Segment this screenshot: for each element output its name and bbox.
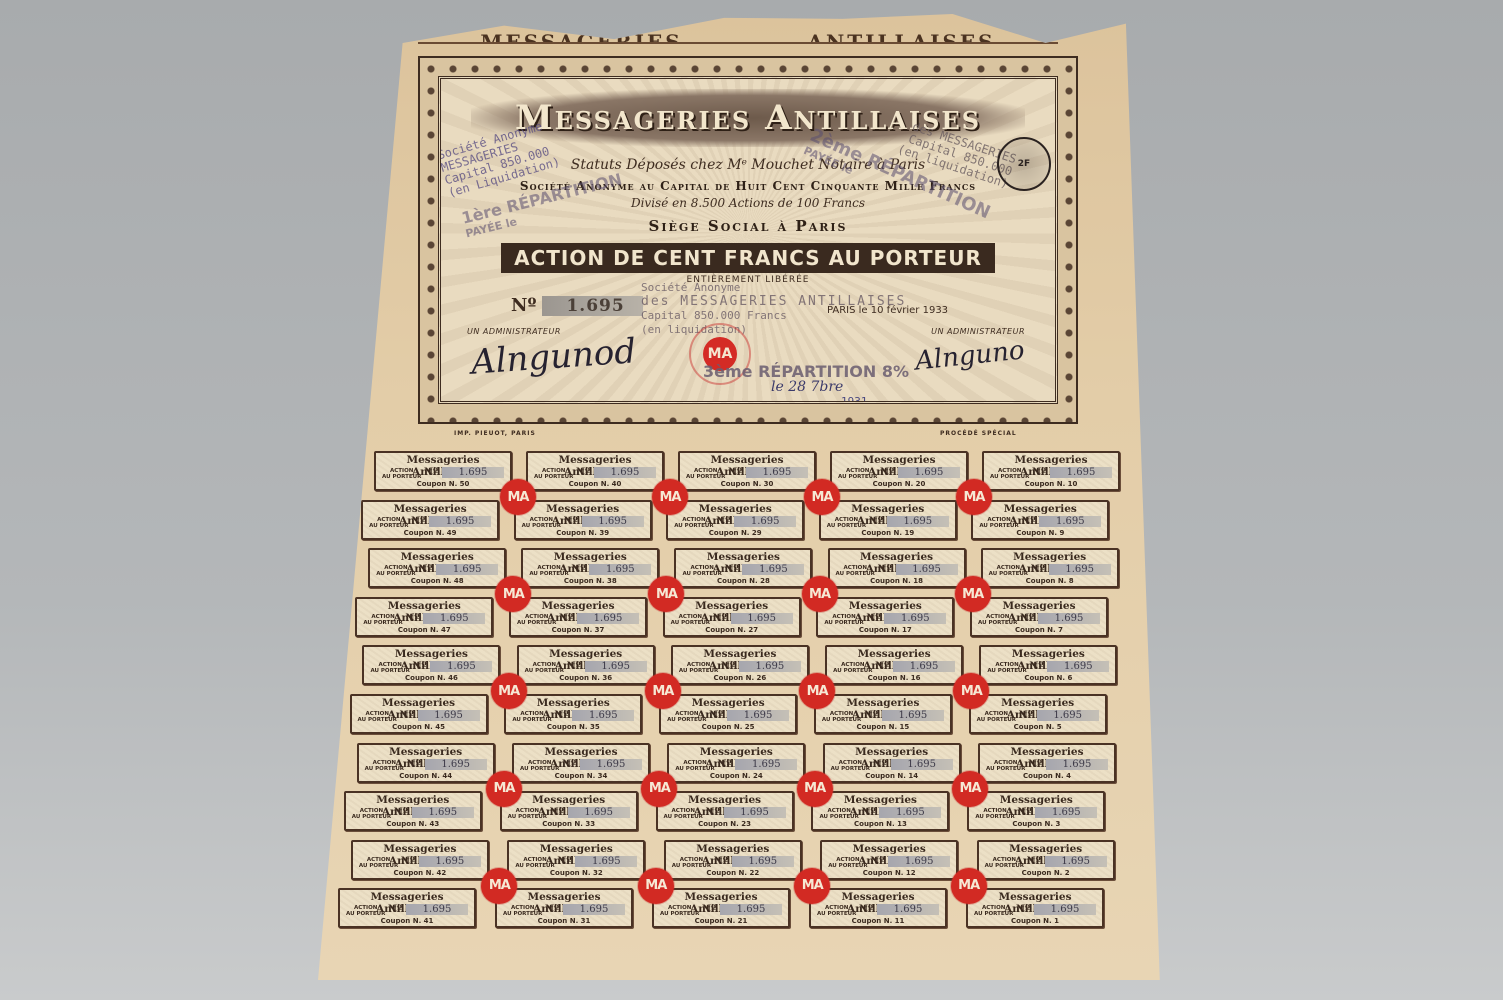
- coupon-action-label: ACTIONAU PORTEUR: [827, 517, 866, 529]
- coupon-share-number: 1.695: [896, 564, 958, 575]
- coupon-share-number: 1.695: [732, 856, 794, 867]
- coupon: Messageries AntillaisesACTIONAU PORTEURN…: [495, 888, 633, 928]
- coupon-share-number: 1.695: [746, 467, 808, 478]
- coupon-action-label: ACTIONAU PORTEUR: [664, 808, 703, 820]
- coupon-share-number: 1.695: [879, 807, 941, 818]
- coupon-share-number: 1.695: [898, 467, 960, 478]
- coupon-share-number: 1.695: [429, 516, 491, 527]
- coupon-share-number: 1.695: [891, 759, 953, 770]
- number-value: 1.695: [542, 296, 642, 316]
- coupon-no-label: Nº: [554, 710, 568, 721]
- coupon-share-number: 1.695: [412, 807, 474, 818]
- coupon: Messageries AntillaisesACTIONAU PORTEURN…: [344, 791, 482, 831]
- coupon-share-number: 1.695: [888, 856, 950, 867]
- coupon: Messageries AntillaisesACTIONAU PORTEURN…: [667, 743, 805, 783]
- coupon-number: Coupon N. 20: [832, 480, 966, 488]
- coupon-action-label: ACTIONAU PORTEUR: [358, 711, 397, 723]
- coupon-share-number: 1.695: [1037, 710, 1099, 721]
- coupon-action-label: ACTIONAU PORTEUR: [522, 517, 561, 529]
- coupon-share-number: 1.695: [724, 807, 786, 818]
- stamp-line: Société Anonyme: [641, 281, 906, 295]
- coupon-number: Coupon N. 29: [668, 529, 802, 537]
- coupon: Messageries AntillaisesACTIONAU PORTEURN…: [338, 888, 476, 928]
- coupon-number: Coupon N. 11: [811, 917, 945, 925]
- coupon: Messageries AntillaisesACTIONAU PORTEURN…: [361, 500, 499, 540]
- action-banner: ACTION DE CENT FRANCS AU PORTEUR: [501, 243, 995, 273]
- coupon-number: Coupon N. 28: [676, 577, 810, 585]
- signature-right: Alnguno: [914, 335, 1026, 376]
- coupon-action-label: ACTIONAU PORTEUR: [352, 808, 391, 820]
- coupon-action-label: ACTIONAU PORTEUR: [674, 517, 713, 529]
- coupon: Messageries AntillaisesACTIONAU PORTEURN…: [811, 791, 949, 831]
- coupon: Messageries AntillaisesACTIONAU PORTEURN…: [355, 597, 493, 637]
- coupon-number: Coupon N. 48: [370, 577, 504, 585]
- top-strip-rule: [418, 42, 1058, 44]
- coupon-no-label: Nº: [412, 661, 426, 672]
- coupon-action-label: ACTIONAU PORTEUR: [376, 565, 415, 577]
- coupon-share-number: 1.695: [731, 613, 793, 624]
- coupon-no-label: Nº: [1017, 807, 1031, 818]
- coupon-action-label: ACTIONAU PORTEUR: [672, 857, 711, 869]
- coupon: Messageries AntillaisesACTIONAU PORTEURN…: [362, 645, 500, 685]
- coupon-share-number: 1.695: [1047, 661, 1109, 672]
- coupon: Messageries AntillaisesACTIONAU PORTEURN…: [825, 645, 963, 685]
- coupon: Messageries AntillaisesACTIONAU PORTEURN…: [823, 743, 961, 783]
- coupon-no-label: Nº: [866, 613, 880, 624]
- stamped-year: 1931: [841, 395, 868, 404]
- coupon-no-label: Nº: [870, 856, 884, 867]
- coupon: Messageries AntillaisesACTIONAU PORTEURN…: [514, 500, 652, 540]
- coupon-share-number: 1.695: [577, 613, 639, 624]
- coupon-action-label: ACTIONAU PORTEUR: [525, 662, 564, 674]
- coupon-no-label: Nº: [1031, 564, 1045, 575]
- coupon: Messageries AntillaisesACTIONAU PORTEURN…: [504, 694, 642, 734]
- tax-stamp-value: 2F: [1018, 159, 1030, 169]
- coupon: Messageries AntillaisesACTIONAU PORTEURN…: [652, 888, 790, 928]
- coupon: Messageries AntillaisesACTIONAU PORTEURN…: [967, 791, 1105, 831]
- coupon-number: Coupon N. 15: [816, 723, 950, 731]
- coupon-share-number: 1.695: [1049, 564, 1111, 575]
- coupon-no-label: Nº: [1029, 661, 1043, 672]
- coupon-share-number: 1.695: [1035, 807, 1097, 818]
- coupon-number: Coupon N. 43: [346, 820, 480, 828]
- coupon: Messageries AntillaisesACTIONAU PORTEURN…: [819, 500, 957, 540]
- coupon-action-label: ACTIONAU PORTEUR: [977, 711, 1016, 723]
- coupon-action-label: ACTIONAU PORTEUR: [675, 760, 714, 772]
- coupon-no-label: Nº: [728, 467, 742, 478]
- coupon-action-label: ACTIONAU PORTEUR: [978, 614, 1017, 626]
- coupon-number: Coupon N. 6: [981, 674, 1115, 682]
- coupon-number: Coupon N. 13: [813, 820, 947, 828]
- coupon-no-label: Nº: [418, 564, 432, 575]
- coupon-share-number: 1.695: [877, 904, 939, 915]
- coupon-share-number: 1.695: [436, 564, 498, 575]
- coupon: Messageries AntillaisesACTIONAU PORTEURN…: [368, 548, 506, 588]
- coupon-share-number: 1.695: [442, 467, 504, 478]
- coupon-action-label: ACTIONAU PORTEUR: [512, 711, 551, 723]
- coupon: Messageries AntillaisesACTIONAU PORTEURN…: [969, 694, 1107, 734]
- coupon-no-label: Nº: [559, 613, 573, 624]
- coupon-share-number: 1.695: [1050, 467, 1112, 478]
- paris-date: PARIS le 10 février 1933: [827, 305, 948, 316]
- coupon: Messageries AntillaisesACTIONAU PORTEURN…: [663, 597, 801, 637]
- coupon-number: Coupon N. 35: [506, 723, 640, 731]
- coupon-no-label: Nº: [864, 710, 878, 721]
- coupon-share-number: 1.695: [423, 613, 485, 624]
- coupon: Messageries AntillaisesACTIONAU PORTEURN…: [512, 743, 650, 783]
- coupon-action-label: ACTIONAU PORTEUR: [819, 808, 858, 820]
- coupon: Messageries AntillaisesACTIONAU PORTEURN…: [809, 888, 947, 928]
- coupon-no-label: Nº: [562, 759, 576, 770]
- coupon-no-label: Nº: [550, 807, 564, 818]
- coupon-no-label: Nº: [405, 613, 419, 624]
- coupon: Messageries AntillaisesACTIONAU PORTEURN…: [814, 694, 952, 734]
- coupon-no-label: Nº: [875, 661, 889, 672]
- coupon-no-label: Nº: [1032, 467, 1046, 478]
- coupon-share-number: 1.695: [406, 904, 468, 915]
- coupon-number: Coupon N. 8: [983, 577, 1117, 585]
- coupon-share-number: 1.695: [1045, 856, 1107, 867]
- coupon-share-number: 1.695: [580, 759, 642, 770]
- coupon-no-label: Nº: [873, 759, 887, 770]
- coupon: Messageries AntillaisesACTIONAU PORTEURN…: [830, 451, 968, 491]
- coupon-share-number: 1.695: [585, 661, 647, 672]
- coupon: Messageries AntillaisesACTIONAU PORTEURN…: [674, 548, 812, 588]
- coupon-no-label: Nº: [1016, 904, 1030, 915]
- coupon-number: Coupon N. 46: [364, 674, 498, 682]
- coupon-no-label: Nº: [1027, 856, 1041, 867]
- coupon-no-label: Nº: [567, 661, 581, 672]
- coupon-number: Coupon N. 9: [973, 529, 1107, 537]
- coupon-no-label: Nº: [859, 904, 873, 915]
- coupon-share-number: 1.695: [882, 710, 944, 721]
- coupon-action-label: ACTIONAU PORTEUR: [529, 565, 568, 577]
- coupon-share-number: 1.695: [1038, 613, 1100, 624]
- coupon-action-label: ACTIONAU PORTEUR: [833, 662, 872, 674]
- coupon: Messageries AntillaisesACTIONAU PORTEURN…: [970, 597, 1108, 637]
- coupon-number: Coupon N. 31: [497, 917, 631, 925]
- coupon-no-label: Nº: [411, 516, 425, 527]
- coupon-share-number: 1.695: [1046, 759, 1108, 770]
- coupon-no-label: Nº: [709, 710, 723, 721]
- coupon-no-label: Nº: [702, 904, 716, 915]
- coupon-share-number: 1.695: [575, 856, 637, 867]
- coupon: Messageries AntillaisesACTIONAU PORTEURN…: [971, 500, 1109, 540]
- coupon: Messageries AntillaisesACTIONAU PORTEURN…: [982, 451, 1120, 491]
- coupon: Messageries AntillaisesACTIONAU PORTEURN…: [656, 791, 794, 831]
- coupon-no-label: Nº: [571, 564, 585, 575]
- coupon-action-label: ACTIONAU PORTEUR: [667, 711, 706, 723]
- coupon-share-number: 1.695: [572, 710, 634, 721]
- coupon-share-number: 1.695: [582, 516, 644, 527]
- coupon: Messageries AntillaisesACTIONAU PORTEURN…: [966, 888, 1104, 928]
- coupon-number: Coupon N. 27: [665, 626, 799, 634]
- coupon-number: Coupon N. 14: [825, 772, 959, 780]
- coupon-share-number: 1.695: [419, 856, 481, 867]
- tax-stamp-icon: 2F: [997, 137, 1051, 191]
- coupon-no-label: Nº: [424, 467, 438, 478]
- coupon-number: Coupon N. 1: [968, 917, 1102, 925]
- coupon-action-label: ACTIONAU PORTEUR: [660, 905, 699, 917]
- coupon-number: Coupon N. 38: [523, 577, 657, 585]
- coupon-number: Coupon N. 39: [516, 529, 650, 537]
- coupon-number: Coupon N. 19: [821, 529, 955, 537]
- coupon-share-number: 1.695: [430, 661, 492, 672]
- coupon-action-label: ACTIONAU PORTEUR: [370, 662, 409, 674]
- coupon-no-label: Nº: [880, 467, 894, 478]
- coupon-number: Coupon N. 41: [340, 917, 474, 925]
- coupon-action-label: ACTIONAU PORTEUR: [822, 711, 861, 723]
- coupon-no-label: Nº: [724, 564, 738, 575]
- coupon-share-number: 1.695: [425, 759, 487, 770]
- coupon-action-label: ACTIONAU PORTEUR: [365, 760, 404, 772]
- coupon-action-label: ACTIONAU PORTEUR: [517, 614, 556, 626]
- admin-label-right: UN ADMINISTRATEUR: [931, 327, 1025, 336]
- coupon-action-label: ACTIONAU PORTEUR: [503, 905, 542, 917]
- coupon: Messageries AntillaisesACTIONAU PORTEURN…: [977, 840, 1115, 880]
- coupon-number: Coupon N. 25: [661, 723, 795, 731]
- coupon: Messageries AntillaisesACTIONAU PORTEURN…: [978, 743, 1116, 783]
- coupon: Messageries AntillaisesACTIONAU PORTEURN…: [374, 451, 512, 491]
- coupon-action-label: ACTIONAU PORTEUR: [369, 517, 408, 529]
- coupon-number: Coupon N. 36: [519, 674, 653, 682]
- coupon-no-label: Nº: [1028, 759, 1042, 770]
- coupon-action-label: ACTIONAU PORTEUR: [515, 857, 554, 869]
- coupon-share-number: 1.695: [1034, 904, 1096, 915]
- number-label: Nº: [511, 295, 536, 316]
- coupon-share-number: 1.695: [568, 807, 630, 818]
- coupon-number: Coupon N. 49: [363, 529, 497, 537]
- coupon-action-label: ACTIONAU PORTEUR: [989, 565, 1028, 577]
- coupon-no-label: Nº: [721, 661, 735, 672]
- coupon-action-label: ACTIONAU PORTEUR: [838, 468, 877, 480]
- coupon-share-number: 1.695: [893, 661, 955, 672]
- coupon-action-label: ACTIONAU PORTEUR: [987, 662, 1026, 674]
- coupon-number: Coupon N. 17: [818, 626, 952, 634]
- coupon: Messageries AntillaisesACTIONAU PORTEURN…: [350, 694, 488, 734]
- coupon-no-label: Nº: [714, 856, 728, 867]
- coupon-number: Coupon N. 16: [827, 674, 961, 682]
- coupon-number: Coupon N. 10: [984, 480, 1118, 488]
- coupon: Messageries AntillaisesACTIONAU PORTEURN…: [979, 645, 1117, 685]
- coupon-number: Coupon N. 42: [353, 869, 487, 877]
- coupon-number: Coupon N. 22: [666, 869, 800, 877]
- coupon-share-number: 1.695: [418, 710, 480, 721]
- coupon-action-label: ACTIONAU PORTEUR: [346, 905, 385, 917]
- coupon: Messageries AntillaisesACTIONAU PORTEURN…: [517, 645, 655, 685]
- coupon-action-label: ACTIONAU PORTEUR: [817, 905, 856, 917]
- coupon-action-label: ACTIONAU PORTEUR: [686, 468, 725, 480]
- coupon: Messageries AntillaisesACTIONAU PORTEURN…: [507, 840, 645, 880]
- coupon-number: Coupon N. 32: [509, 869, 643, 877]
- handwritten-date: le 28 7bre: [771, 379, 843, 395]
- coupon-number: Coupon N. 3: [969, 820, 1103, 828]
- coupon-number: Coupon N. 50: [376, 480, 510, 488]
- coupon: Messageries AntillaisesACTIONAU PORTEURN…: [678, 451, 816, 491]
- coupon: Messageries AntillaisesACTIONAU PORTEURN…: [351, 840, 489, 880]
- coupon: Messageries AntillaisesACTIONAU PORTEURN…: [659, 694, 797, 734]
- coupon-number: Coupon N. 12: [822, 869, 956, 877]
- coupon-share-number: 1.695: [735, 759, 797, 770]
- printer-imprint: IMP. PIEUOT, PARIS: [454, 430, 536, 437]
- certificate-number: Nº 1.695: [511, 295, 643, 316]
- coupon-number: Coupon N. 24: [669, 772, 803, 780]
- coupon-action-label: ACTIONAU PORTEUR: [520, 760, 559, 772]
- coupon-no-label: Nº: [545, 904, 559, 915]
- coupon-no-label: Nº: [1021, 516, 1035, 527]
- coupon-no-label: Nº: [576, 467, 590, 478]
- ornamental-frame: Messageries Antillaises Statuts Déposés …: [418, 56, 1078, 424]
- coupon-number: Coupon N. 37: [511, 626, 645, 634]
- coupon-number: Coupon N. 30: [680, 480, 814, 488]
- coupon-no-label: Nº: [564, 516, 578, 527]
- coupon-action-label: ACTIONAU PORTEUR: [831, 760, 870, 772]
- share-certificate: MESSAGERIES ANTILLAISES Messageries Anti…: [318, 14, 1164, 980]
- admin-label-left: UN ADMINISTRATEUR: [467, 327, 561, 336]
- coupon-action-label: ACTIONAU PORTEUR: [824, 614, 863, 626]
- coupon-number: Coupon N. 26: [673, 674, 807, 682]
- coupon: Messageries AntillaisesACTIONAU PORTEURN…: [671, 645, 809, 685]
- coupon: Messageries AntillaisesACTIONAU PORTEURN…: [828, 548, 966, 588]
- coupon-number: Coupon N. 33: [502, 820, 636, 828]
- coupon-share-number: 1.695: [589, 564, 651, 575]
- coupon-number: Coupon N. 18: [830, 577, 964, 585]
- coupon-number: Coupon N. 7: [972, 626, 1106, 634]
- coupon-number: Coupon N. 23: [658, 820, 792, 828]
- coupon-number: Coupon N. 40: [528, 480, 662, 488]
- coupon-number: Coupon N. 34: [514, 772, 648, 780]
- coupon-number: Coupon N. 4: [980, 772, 1114, 780]
- coupon-action-label: ACTIONAU PORTEUR: [359, 857, 398, 869]
- coupon-no-label: Nº: [407, 759, 421, 770]
- coupon: Messageries AntillaisesACTIONAU PORTEURN…: [526, 451, 664, 491]
- coupon: Messageries AntillaisesACTIONAU PORTEURN…: [509, 597, 647, 637]
- coupon-no-label: Nº: [400, 710, 414, 721]
- coupon-action-label: ACTIONAU PORTEUR: [363, 614, 402, 626]
- coupon-action-label: ACTIONAU PORTEUR: [508, 808, 547, 820]
- coupon: Messageries AntillaisesACTIONAU PORTEURN…: [521, 548, 659, 588]
- coupon-share-number: 1.695: [884, 613, 946, 624]
- signature-left: Alngunod: [470, 331, 638, 382]
- coupon-action-label: ACTIONAU PORTEUR: [828, 857, 867, 869]
- coupon-no-label: Nº: [869, 516, 883, 527]
- coupon-no-label: Nº: [716, 516, 730, 527]
- coupon-share-number: 1.695: [734, 516, 796, 527]
- coupon-no-label: Nº: [1019, 710, 1033, 721]
- coupon-no-label: Nº: [557, 856, 571, 867]
- coupon-action-label: ACTIONAU PORTEUR: [679, 662, 718, 674]
- coupon-no-label: Nº: [1020, 613, 1034, 624]
- coupon-share-number: 1.695: [1039, 516, 1101, 527]
- coupon: Messageries AntillaisesACTIONAU PORTEURN…: [816, 597, 954, 637]
- coupon-share-number: 1.695: [742, 564, 804, 575]
- coupon-number: Coupon N. 45: [352, 723, 486, 731]
- coupon-action-label: ACTIONAU PORTEUR: [975, 808, 1014, 820]
- coupon-number: Coupon N. 47: [357, 626, 491, 634]
- coupon-no-label: Nº: [713, 613, 727, 624]
- coupon-number: Coupon N. 21: [654, 917, 788, 925]
- coupon-action-label: ACTIONAU PORTEUR: [671, 614, 710, 626]
- coupon-share-number: 1.695: [563, 904, 625, 915]
- coupon: Messageries AntillaisesACTIONAU PORTEURN…: [981, 548, 1119, 588]
- coupon-action-label: ACTIONAU PORTEUR: [985, 857, 1024, 869]
- coupon: Messageries AntillaisesACTIONAU PORTEURN…: [357, 743, 495, 783]
- coupon-action-label: ACTIONAU PORTEUR: [974, 905, 1013, 917]
- coupon-no-label: Nº: [878, 564, 892, 575]
- coupon-action-label: ACTIONAU PORTEUR: [979, 517, 1018, 529]
- top-fold-strip: MESSAGERIES ANTILLAISES: [418, 14, 1058, 44]
- coupon-action-label: ACTIONAU PORTEUR: [682, 565, 721, 577]
- coupon-share-number: 1.695: [720, 904, 782, 915]
- coupon-no-label: Nº: [394, 807, 408, 818]
- coupon-share-number: 1.695: [739, 661, 801, 672]
- coupon-action-label: ACTIONAU PORTEUR: [382, 468, 421, 480]
- coupon-no-label: Nº: [706, 807, 720, 818]
- coupon-no-label: Nº: [861, 807, 875, 818]
- coupon-share-number: 1.695: [594, 467, 656, 478]
- coupon-action-label: ACTIONAU PORTEUR: [836, 565, 875, 577]
- coupon: Messageries AntillaisesACTIONAU PORTEURN…: [666, 500, 804, 540]
- coupon: Messageries AntillaisesACTIONAU PORTEURN…: [820, 840, 958, 880]
- coupon-action-label: ACTIONAU PORTEUR: [534, 468, 573, 480]
- coupon-action-label: ACTIONAU PORTEUR: [990, 468, 1029, 480]
- certificate-body: Messageries Antillaises Statuts Déposés …: [438, 76, 1058, 404]
- coupon-number: Coupon N. 44: [359, 772, 493, 780]
- coupon-no-label: Nº: [717, 759, 731, 770]
- coupon-share-number: 1.695: [727, 710, 789, 721]
- coupon: Messageries AntillaisesACTIONAU PORTEURN…: [664, 840, 802, 880]
- procede-special: PROCÉDÉ SPÉCIAL: [940, 430, 1017, 437]
- coupon-share-number: 1.695: [887, 516, 949, 527]
- coupon-number: Coupon N. 5: [971, 723, 1105, 731]
- coupon: Messageries AntillaisesACTIONAU PORTEURN…: [500, 791, 638, 831]
- coupon-action-label: ACTIONAU PORTEUR: [986, 760, 1025, 772]
- coupon-number: Coupon N. 2: [979, 869, 1113, 877]
- coupon-no-label: Nº: [401, 856, 415, 867]
- coupon-no-label: Nº: [388, 904, 402, 915]
- stamp-line: (en liquidation): [641, 323, 906, 337]
